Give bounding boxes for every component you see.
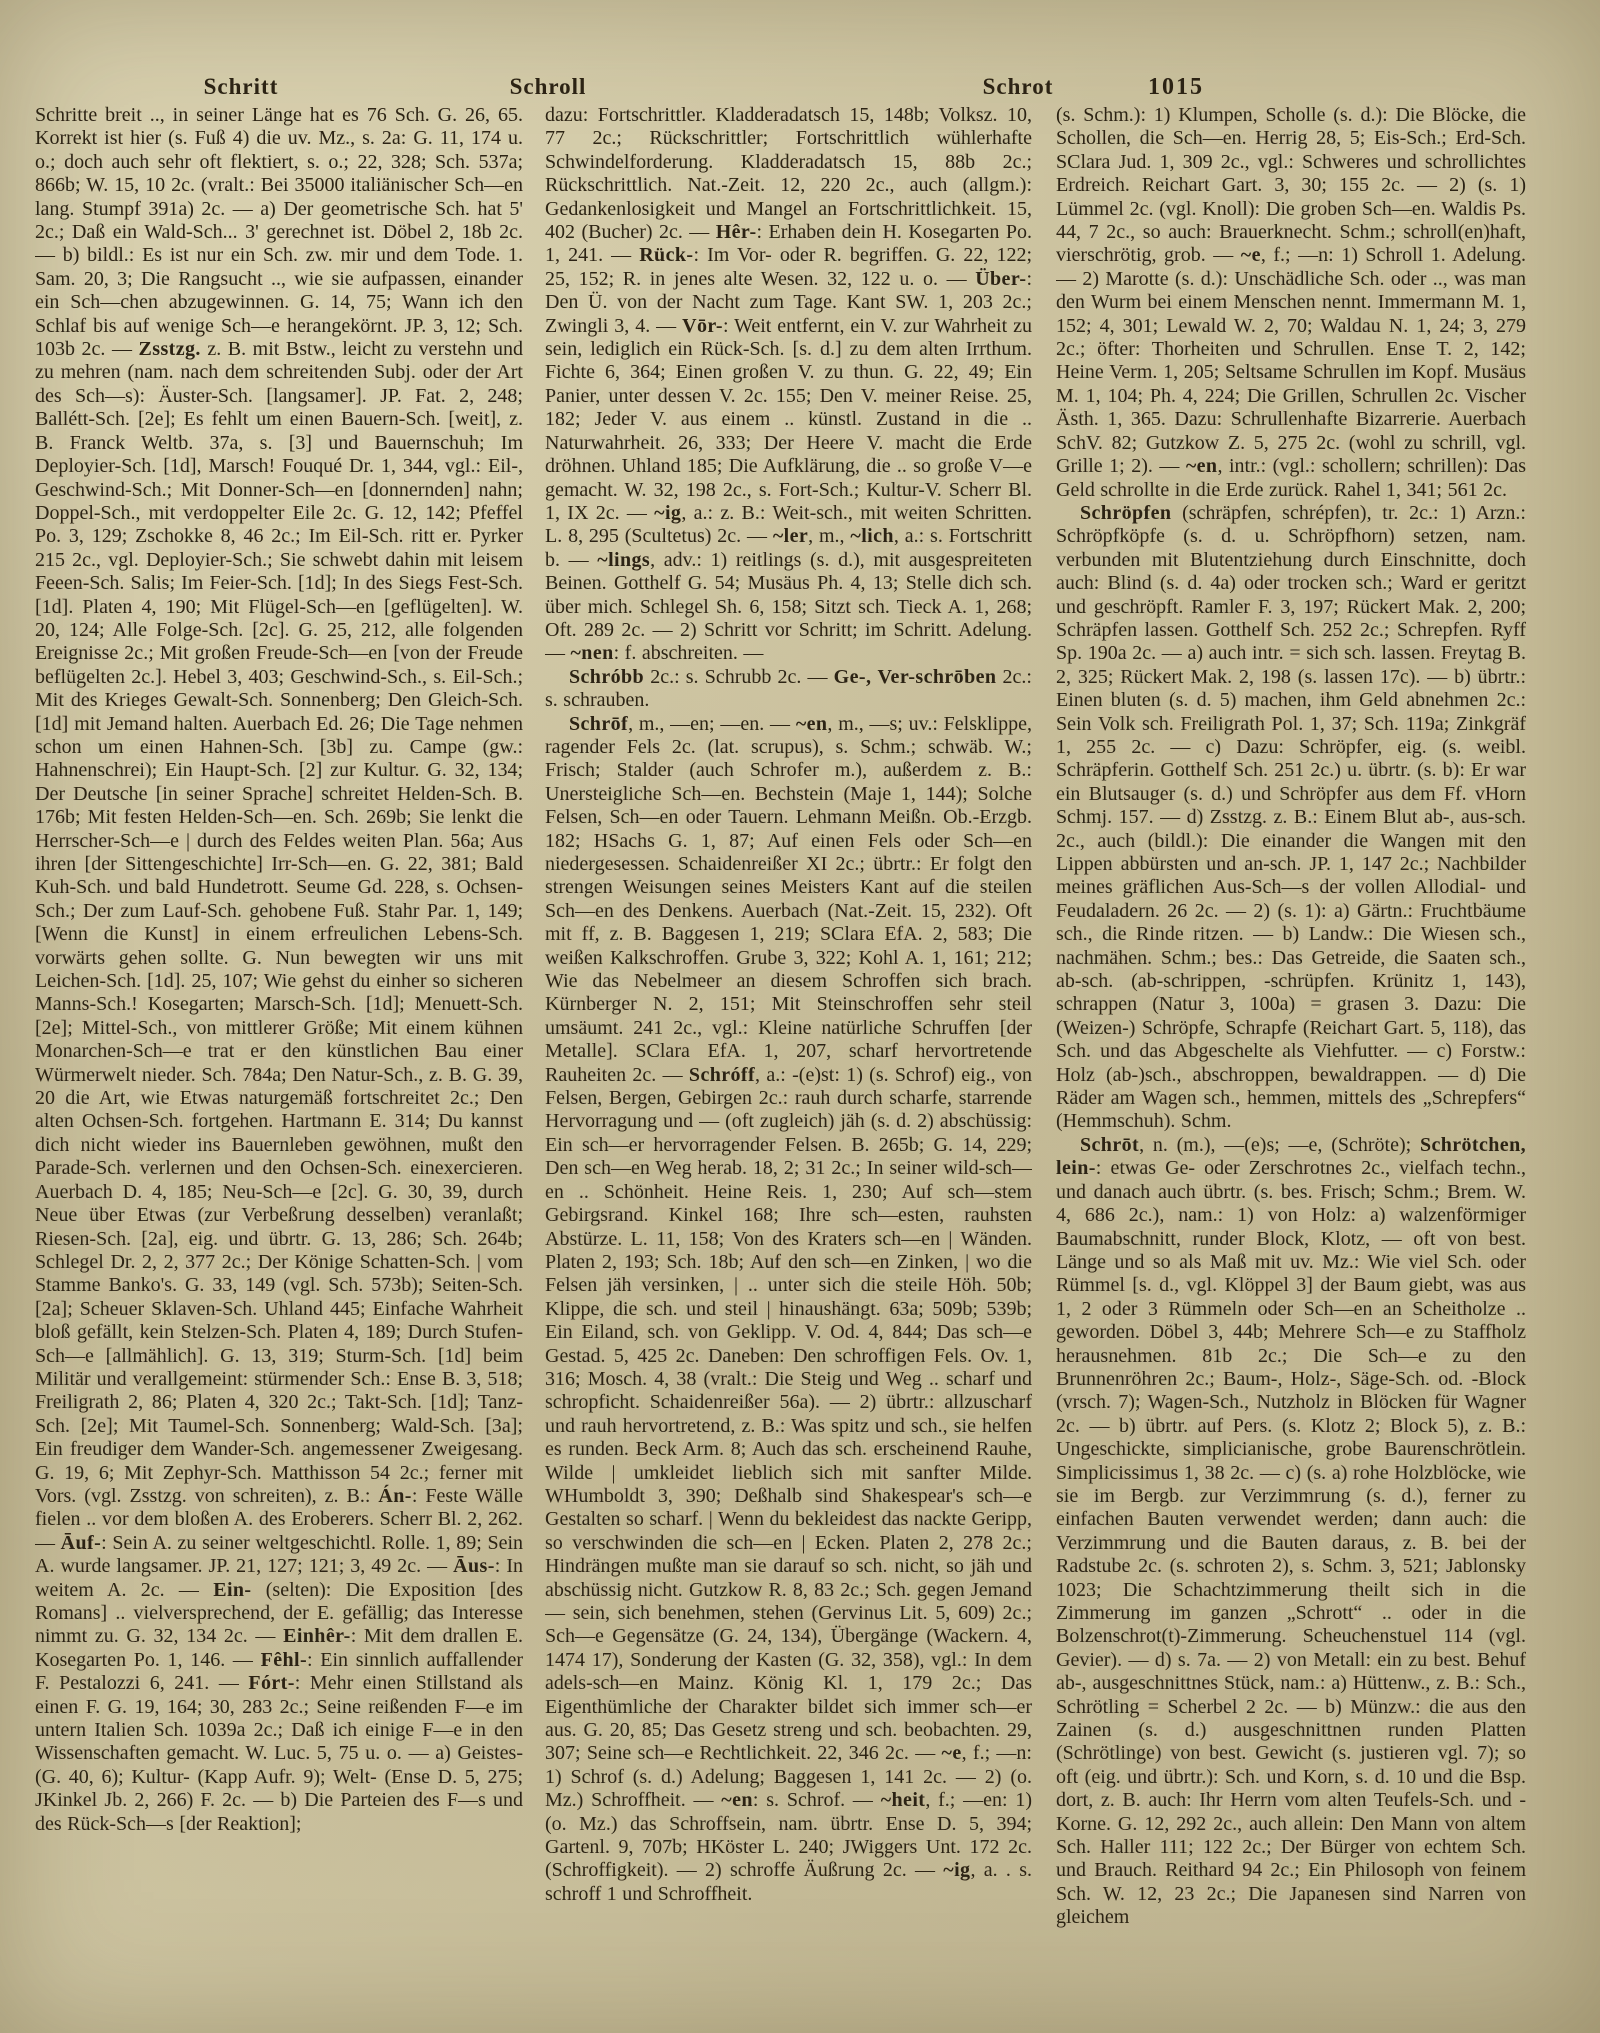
entry-schrof-schroff: Schrōf, m., —en; —en. — ~en, m., —s; uv.… [545, 713, 1032, 1904]
entry-schrot: Schrōt, n. (m.), —(e)s; —e, (Schröte); S… [1056, 1134, 1526, 1930]
scanned-dictionary-page: Schritt Schroll Schrot 1015 Schritte bre… [0, 0, 1600, 2033]
entry-schroepfen: Schröpfen (schräpfen, schrépfen), tr. 2c… [1056, 502, 1526, 1134]
entry-schrittler-continuation: dazu: Fortschrittler. Kladderadatsch 15,… [545, 104, 1032, 666]
column-2: dazu: Fortschrittler. Kladderadatsch 15,… [545, 104, 1032, 1904]
column-3: (s. Schm.): 1) Klumpen, Scholle (s. d.):… [1056, 104, 1526, 1974]
entry-schrobb: Schróbb 2c.: s. Schrubb 2c. — Ge-, Ver-s… [545, 666, 1032, 713]
running-head-center: Schroll [510, 74, 587, 100]
running-head-right: Schrot [983, 74, 1054, 100]
running-head-left: Schritt [204, 74, 279, 100]
column-1: Schritte breit .., in seiner Länge hat e… [35, 104, 523, 1914]
page-number: 1015 [1148, 74, 1204, 101]
entry-schritt-continuation: Schritte breit .., in seiner Länge hat e… [35, 104, 523, 1836]
dictionary-text-block: Schritte breit .., in seiner Länge hat e… [35, 104, 1526, 1974]
entry-schroll-continuation: (s. Schm.): 1) Klumpen, Scholle (s. d.):… [1056, 104, 1526, 502]
